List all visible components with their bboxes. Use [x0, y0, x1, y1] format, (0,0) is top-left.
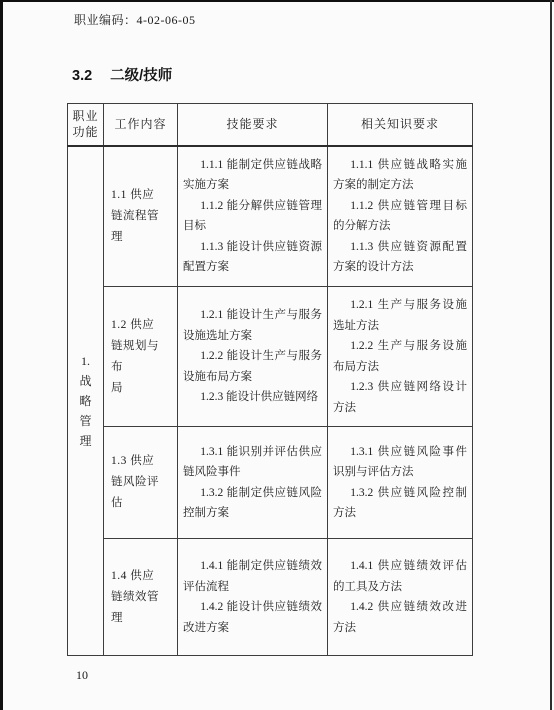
knowledge-item: 1.4.2 供应链绩效改进方法 — [333, 597, 467, 638]
section-title: 二级/技师 — [110, 68, 172, 84]
scan-edge-right — [550, 0, 552, 710]
knowledge-item: 1.1.2 供应链管理目标的分解方法 — [333, 196, 467, 237]
work-label: 1.3 供应 链风险评估 — [111, 451, 170, 514]
page-number: 10 — [76, 668, 88, 683]
table-row: 1.4 供应 链绩效管理 1.4.1 能制定供应链绩效评估流程 1.4.2 能设… — [68, 539, 473, 656]
header-occupation-function: 职业 功能 — [68, 104, 104, 146]
work-cell: 1.3 供应 链风险评估 — [104, 427, 178, 539]
header-work-content: 工作内容 — [104, 104, 178, 146]
function-cell: 1. 战 略 管 理 — [68, 146, 104, 656]
skill-item: 1.3.1 能识别并评估供应链风险事件 — [183, 442, 322, 483]
knowledge-item: 1.1.3 供应链资源配置方案的设计方法 — [333, 237, 467, 278]
knowledge-item: 1.2.2 生产与服务设施布局方法 — [333, 336, 467, 377]
skill-item: 1.2.1 能设计生产与服务设施选址方案 — [183, 305, 322, 346]
work-label: 1.4 供应 链绩效管理 — [111, 566, 170, 629]
skill-cell: 1.2.1 能设计生产与服务设施选址方案 1.2.2 能设计生产与服务设施布局方… — [178, 287, 328, 427]
skill-item: 1.3.2 能制定供应链风险控制方案 — [183, 483, 322, 524]
knowledge-cell: 1.2.1 生产与服务设施选址方法 1.2.2 生产与服务设施布局方法 1.2.… — [328, 287, 473, 427]
knowledge-cell: 1.1.1 供应链战略实施方案的制定方法 1.1.2 供应链管理目标的分解方法 … — [328, 146, 473, 287]
skill-cell: 1.3.1 能识别并评估供应链风险事件 1.3.2 能制定供应链风险控制方案 — [178, 427, 328, 539]
skill-cell: 1.4.1 能制定供应链绩效评估流程 1.4.2 能设计供应链绩效改进方案 — [178, 539, 328, 656]
header-skill-requirements: 技能要求 — [178, 104, 328, 146]
work-label: 1.1 供应 链流程管理 — [111, 185, 170, 248]
knowledge-item: 1.2.3 供应链网络设计方法 — [333, 377, 467, 418]
scan-edge-left — [0, 0, 3, 710]
work-cell: 1.1 供应 链流程管理 — [104, 146, 178, 287]
table-row: 1.3 供应 链风险评估 1.3.1 能识别并评估供应链风险事件 1.3.2 能… — [68, 427, 473, 539]
knowledge-item: 1.3.2 供应链风险控制方法 — [333, 483, 467, 524]
requirements-table: 职业 功能 工作内容 技能要求 相关知识要求 1. 战 略 管 理 1.1 供应… — [67, 103, 473, 656]
table-header-row: 职业 功能 工作内容 技能要求 相关知识要求 — [68, 104, 473, 146]
function-label: 1. 战 略 管 理 — [68, 351, 103, 451]
skill-item: 1.4.2 能设计供应链绩效改进方案 — [183, 597, 322, 638]
knowledge-item: 1.4.1 供应链绩效评估的工具及方法 — [333, 556, 467, 597]
table-row: 1. 战 略 管 理 1.1 供应 链流程管理 1.1.1 能制定供应链战略实施… — [68, 146, 473, 287]
work-cell: 1.4 供应 链绩效管理 — [104, 539, 178, 656]
knowledge-item: 1.2.1 生产与服务设施选址方法 — [333, 295, 467, 336]
occupation-code: 职业编码：4-02-06-05 — [74, 11, 196, 28]
skill-item: 1.4.1 能制定供应链绩效评估流程 — [183, 556, 322, 597]
skill-item: 1.1.3 能设计供应链资源配置方案 — [183, 237, 322, 278]
work-label: 1.2 供应 链规划与布 局 — [111, 315, 170, 399]
section-number: 3.2 — [72, 68, 92, 84]
header-knowledge-requirements: 相关知识要求 — [328, 104, 473, 146]
skill-item: 1.1.2 能分解供应链管理目标 — [183, 196, 322, 237]
skill-item: 1.2.2 能设计生产与服务设施布局方案 — [183, 346, 322, 387]
skill-cell: 1.1.1 能制定供应链战略实施方案 1.1.2 能分解供应链管理目标 1.1.… — [178, 146, 328, 287]
skill-item: 1.2.3 能设计供应链网络 — [183, 387, 322, 408]
scan-edge-top — [0, 0, 554, 2]
knowledge-item: 1.3.1 供应链风险事件识别与评估方法 — [333, 442, 467, 483]
skill-item: 1.1.1 能制定供应链战略实施方案 — [183, 155, 322, 196]
work-cell: 1.2 供应 链规划与布 局 — [104, 287, 178, 427]
knowledge-cell: 1.4.1 供应链绩效评估的工具及方法 1.4.2 供应链绩效改进方法 — [328, 539, 473, 656]
table-row: 1.2 供应 链规划与布 局 1.2.1 能设计生产与服务设施选址方案 1.2.… — [68, 287, 473, 427]
knowledge-cell: 1.3.1 供应链风险事件识别与评估方法 1.3.2 供应链风险控制方法 — [328, 427, 473, 539]
knowledge-item: 1.1.1 供应链战略实施方案的制定方法 — [333, 155, 467, 196]
section-heading: 3.2二级/技师 — [72, 64, 172, 85]
